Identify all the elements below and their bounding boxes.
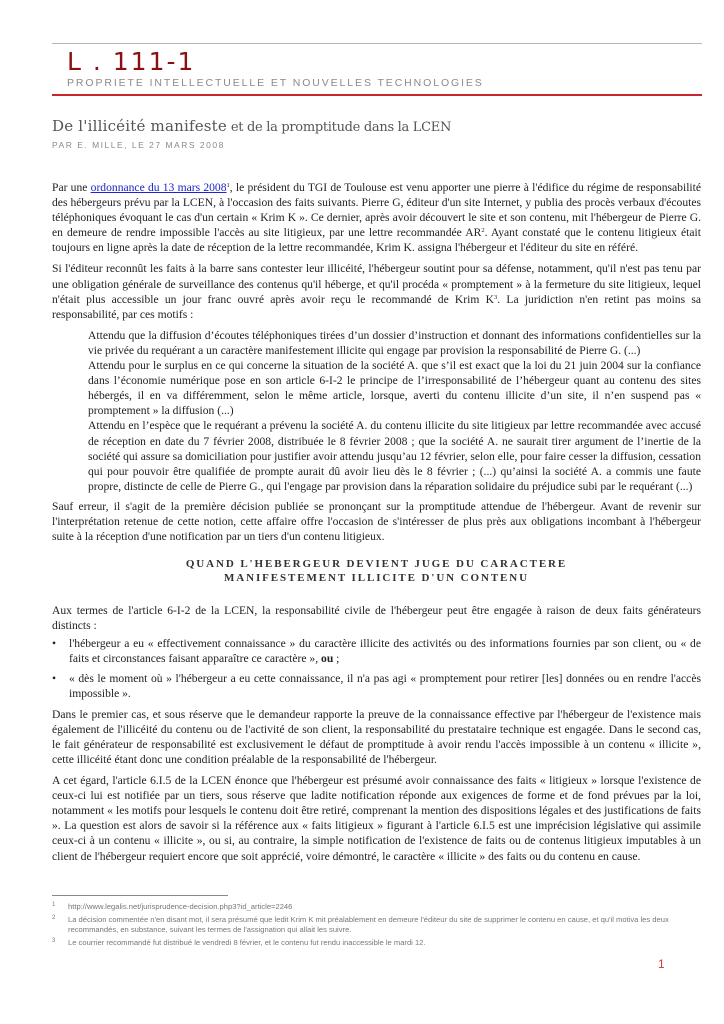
bullet-icon: • (52, 636, 56, 651)
quote-3: Attendu en l’espèce que le requérant a p… (88, 418, 701, 493)
footnote-2: 2La décision commentée n'en disant mot, … (52, 915, 692, 936)
document-page: L . 111-1 PROPRIETE INTELLECTUELLE ET NO… (0, 0, 724, 1024)
paragraph-intro: Par une ordonnance du 13 mars 20081, le … (52, 180, 701, 255)
brand-subtitle: PROPRIETE INTELLECTUELLE ET NOUVELLES TE… (67, 77, 484, 89)
section-heading-line-2: MANIFESTEMENT ILLICITE D'UN CONTENU (224, 572, 529, 584)
page-number: 1 (658, 957, 665, 971)
footnotes: 1http://www.legalis.net/jurisprudence-de… (52, 902, 692, 950)
article-body: Par une ordonnance du 13 mars 20081, le … (52, 180, 701, 870)
article-byline: PAR E. MILLE, LE 27 MARS 2008 (52, 140, 225, 150)
list-item: •« dès le moment où » l'hébergeur a eu c… (52, 671, 701, 701)
paragraph-cases: Dans le premier cas, et sous réserve que… (52, 707, 701, 767)
bullet-icon: • (52, 671, 56, 686)
article-title-part1: De l'illicéité manifeste (52, 117, 227, 135)
section-heading-line-1: QUAND L'HEBERGEUR DEVIENT JUGE DU CARACT… (186, 558, 567, 570)
paragraph-defense: Si l'éditeur reconnût les faits à la bar… (52, 261, 701, 321)
paragraph-first-decision: Sauf erreur, il s'agit de la première dé… (52, 499, 701, 544)
paragraph-article-6-i-5: A cet égard, l'article 6.I.5 de la LCEN … (52, 773, 701, 864)
quote-1: Attendu que la diffusion d’écoutes télép… (88, 328, 701, 358)
footnote-number: 2 (52, 913, 55, 924)
header-accent-divider (52, 94, 702, 96)
footnote-number: 3 (52, 936, 55, 947)
bold-text: ou (321, 652, 333, 665)
section-heading: QUAND L'HEBERGEUR DEVIENT JUGE DU CARACT… (52, 557, 701, 585)
footnote-text: La décision commentée n'en disant mot, i… (68, 915, 669, 935)
footnote-text: Le courrier recommandé fut distribué le … (68, 938, 426, 947)
footnote-3: 3Le courrier recommandé fut distribué le… (52, 938, 692, 949)
ordonnance-link[interactable]: ordonnance du 13 mars 2008 (91, 181, 227, 194)
text: « dès le moment où » l'hébergeur a eu ce… (69, 672, 701, 700)
quote-2: Attendu pour le surplus en ce qui concer… (88, 358, 701, 418)
top-divider (52, 43, 702, 44)
text: l'hébergeur a eu « effectivement connais… (69, 637, 701, 665)
text: ; (333, 652, 339, 665)
paragraph-article-6-i-2: Aux termes de l'article 6-I-2 de la LCEN… (52, 603, 701, 633)
bullet-list: •l'hébergeur a eu « effectivement connai… (52, 636, 701, 700)
footnote-number: 1 (52, 900, 55, 911)
article-title: De l'illicéité manifeste et de la prompt… (52, 117, 451, 137)
article-title-part2: et de la promptitude dans la LCEN (227, 120, 451, 135)
brand-title: L . 111-1 (67, 49, 195, 75)
footnote-divider (52, 895, 228, 896)
footnote-1: 1http://www.legalis.net/jurisprudence-de… (52, 902, 692, 913)
text: Par une (52, 181, 91, 194)
footnote-text: http://www.legalis.net/jurisprudence-dec… (68, 902, 292, 911)
list-item: •l'hébergeur a eu « effectivement connai… (52, 636, 701, 666)
